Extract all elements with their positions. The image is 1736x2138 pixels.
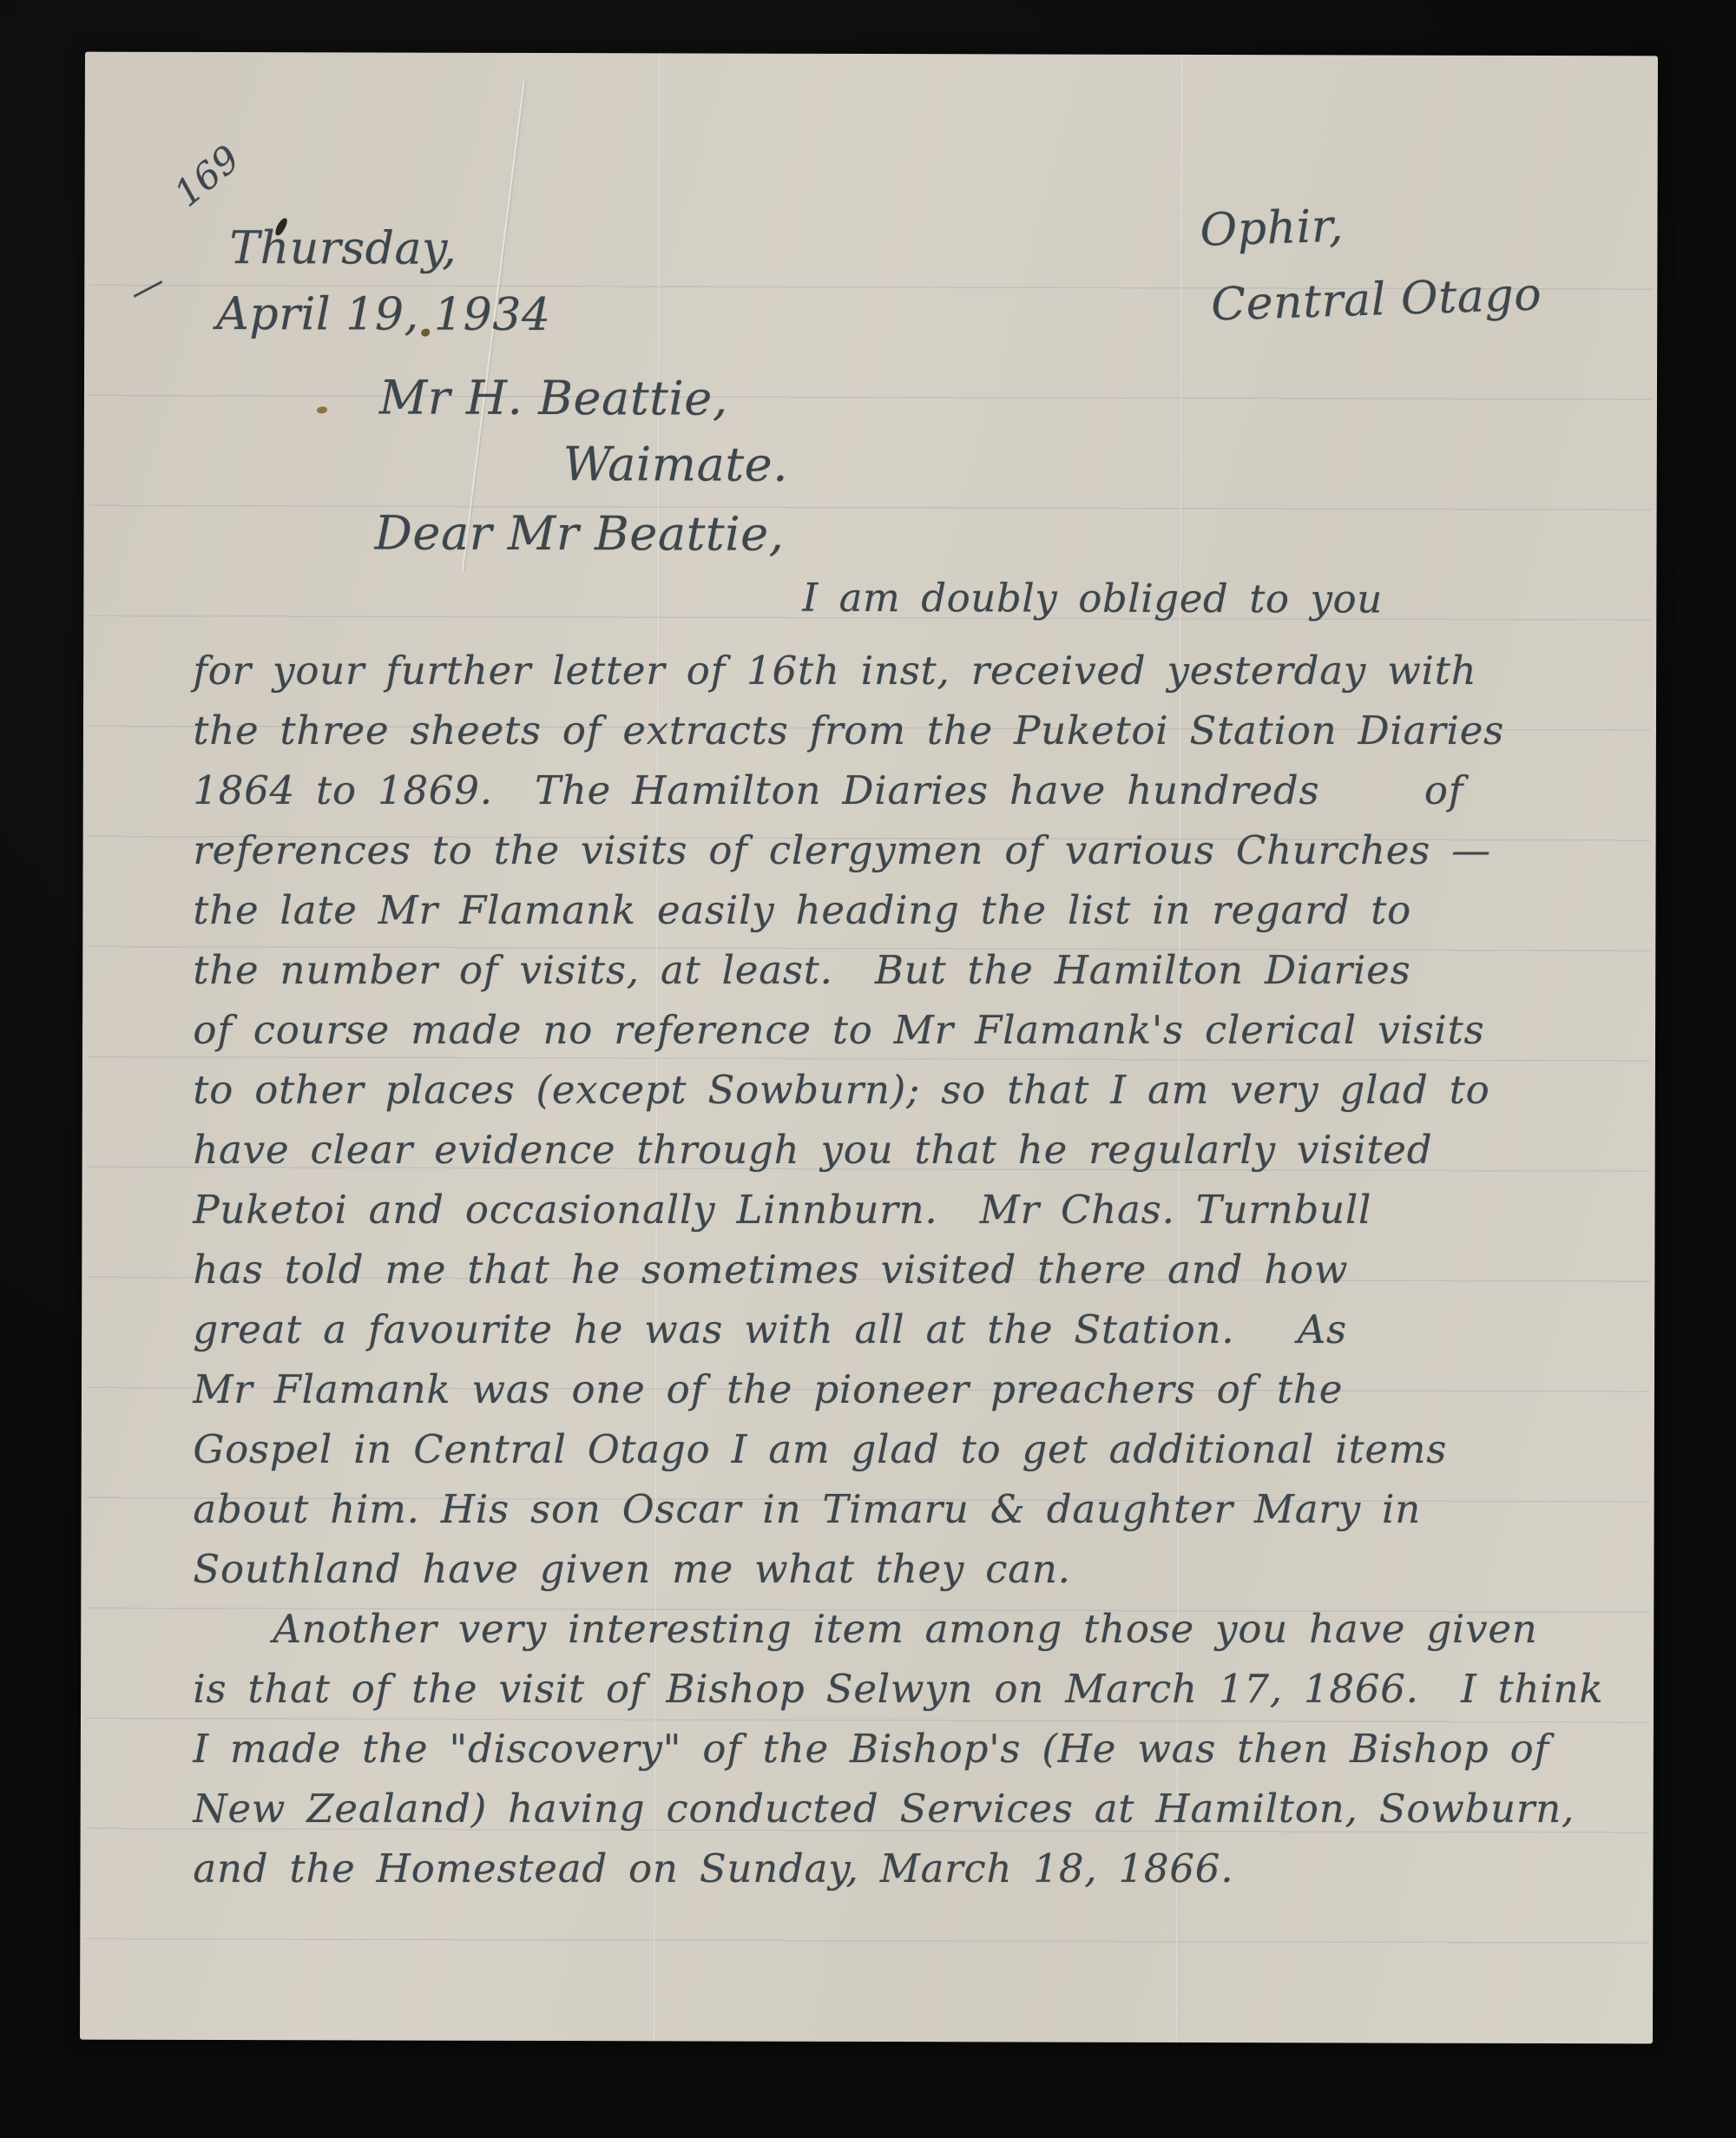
recipient-town: Waimate. [563,437,788,492]
letter-place-region: Central Otago [1210,268,1542,331]
recipient-name: Mr H. Beattie, [379,371,728,426]
letter-body-line: about him. His son Oscar in Timaru & dau… [193,1479,1581,1539]
letter-opening-line: I am doubly obliged to you [802,575,1383,622]
letter-body-line: Southland have given me what they can. [193,1539,1581,1599]
letter-body-line: the number of visits, at least. But the … [193,940,1581,1000]
letter-body: for your further letter of 16th inst, re… [193,641,1581,1898]
letter-body-line: of course made no reference to Mr Flaman… [193,1000,1581,1060]
letter-body-line: has told me that he sometimes visited th… [193,1240,1581,1299]
letter-paper: 169 — Thursday, April 19, 1934 Ophir, Ce… [80,52,1658,2044]
letter-body-line: the late Mr Flamank easily heading the l… [193,880,1581,940]
letter-body-line: and the Homestead on Sunday, March 18, 1… [193,1839,1581,1898]
letter-body-line: New Zealand) having conducted Services a… [193,1779,1581,1839]
letter-body-line: I made the "discovery" of the Bishop's (… [193,1719,1581,1779]
photo-background: { "letter": { "page_number": "169", "pag… [0,0,1736,2138]
letter-body-line: great a favourite he was with all at the… [193,1299,1581,1359]
letter-body-line: Puketoi and occasionally Linnburn. Mr Ch… [193,1180,1581,1240]
letter-body-line: references to the visits of clergymen of… [193,820,1581,880]
salutation: Dear Mr Beattie, [374,506,784,562]
letter-date-day: Thursday, [229,222,457,275]
letter-body-line: is that of the visit of Bishop Selwyn on… [193,1659,1581,1719]
page-number-dash: — [122,261,172,313]
letter-body-line: have clear evidence through you that he … [193,1120,1581,1180]
letter-body-line: the three sheets of extracts from the Pu… [193,701,1581,760]
letter-body-line: Mr Flamank was one of the pioneer preach… [193,1359,1581,1419]
letter-body-line: for your further letter of 16th inst, re… [193,641,1581,701]
letter-body-line: to other places (except Sowburn); so tha… [193,1060,1581,1120]
letter-body-line: Gospel in Central Otago I am glad to get… [193,1419,1581,1479]
letter-body-line: Another very interesting item among thos… [193,1599,1581,1659]
paper-blemish [317,406,327,413]
page-number: 169 [166,136,247,214]
letter-date: April 19, 1934 [216,288,551,341]
letter-body-line: 1864 to 1869. The Hamilton Diaries have … [193,760,1581,820]
letter-place-town: Ophir, [1200,201,1345,257]
